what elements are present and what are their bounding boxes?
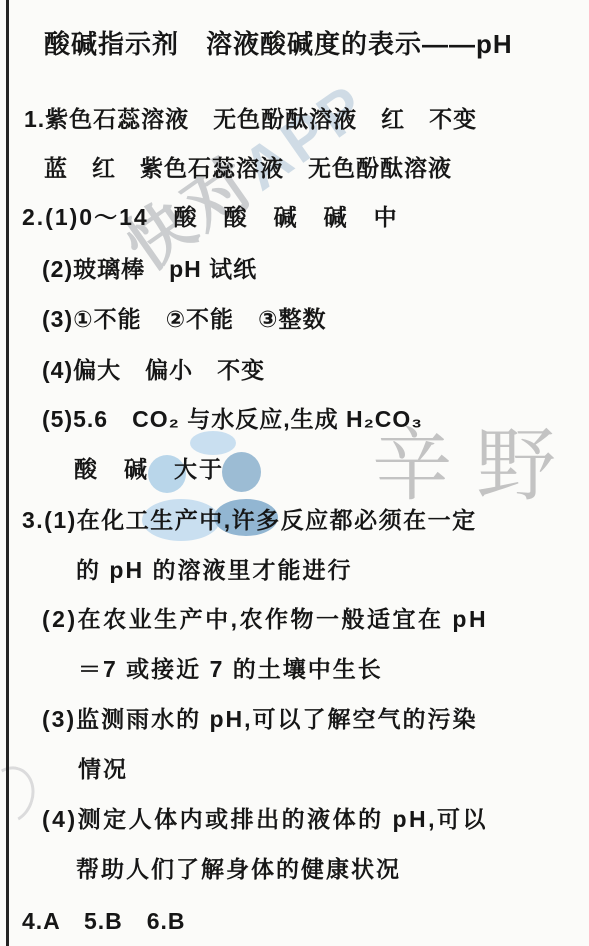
answer-line-2-1: 2.(1)0～14 酸 酸 碱 碱 中 <box>22 199 399 232</box>
answer-line-3-2b: ＝7 或接近 7 的土壤中生长 <box>78 651 383 684</box>
answer-line-4-6: 4.A 5.B 6.B <box>22 903 186 936</box>
answer-line-1b: 蓝 红 紫色石蕊溶液 无色酚酞溶液 <box>44 150 452 183</box>
answer-line-3-4b: 帮助人们了解身体的健康状况 <box>76 851 401 884</box>
answer-line-2-2: (2)玻璃棒 pH 试纸 <box>42 251 257 284</box>
answer-line-3-1b: 的 pH 的溶液里才能进行 <box>76 552 352 585</box>
answer-line-3-4: (4)测定人体内或排出的液体的 pH,可以 <box>42 801 488 834</box>
answer-line-3-3b: 情况 <box>78 751 128 784</box>
answer-line-2-5b: 酸 碱 大于 <box>74 451 224 484</box>
answer-line-3-2: (2)在农业生产中,农作物一般适宜在 pH <box>42 601 488 634</box>
answer-line-2-3: (3)①不能 ②不能 ③整数 <box>42 301 327 334</box>
answer-line-2-5: (5)5.6 CO₂ 与水反应,生成 H₂CO₃ <box>42 401 423 434</box>
scanned-answer-page: 快对APP 辛野 酸碱指示剂 溶液酸碱度的表示——pH 1.紫色石蕊溶液 无色酚… <box>0 0 589 946</box>
page-title: 酸碱指示剂 溶液酸碱度的表示——pH <box>44 24 513 61</box>
answer-line-2-4: (4)偏大 偏小 不变 <box>42 352 265 385</box>
answer-line-1: 1.紫色石蕊溶液 无色酚酞溶液 红 不变 <box>24 101 477 134</box>
answer-line-3-3: (3)监测雨水的 pH,可以了解空气的污染 <box>42 701 478 734</box>
answer-line-3-1: 3.(1)在化工生产中,许多反应都必须在一定 <box>22 502 477 535</box>
page-border-line <box>6 0 9 946</box>
answer-text-layer: 酸碱指示剂 溶液酸碱度的表示——pH 1.紫色石蕊溶液 无色酚酞溶液 红 不变 … <box>0 0 589 946</box>
